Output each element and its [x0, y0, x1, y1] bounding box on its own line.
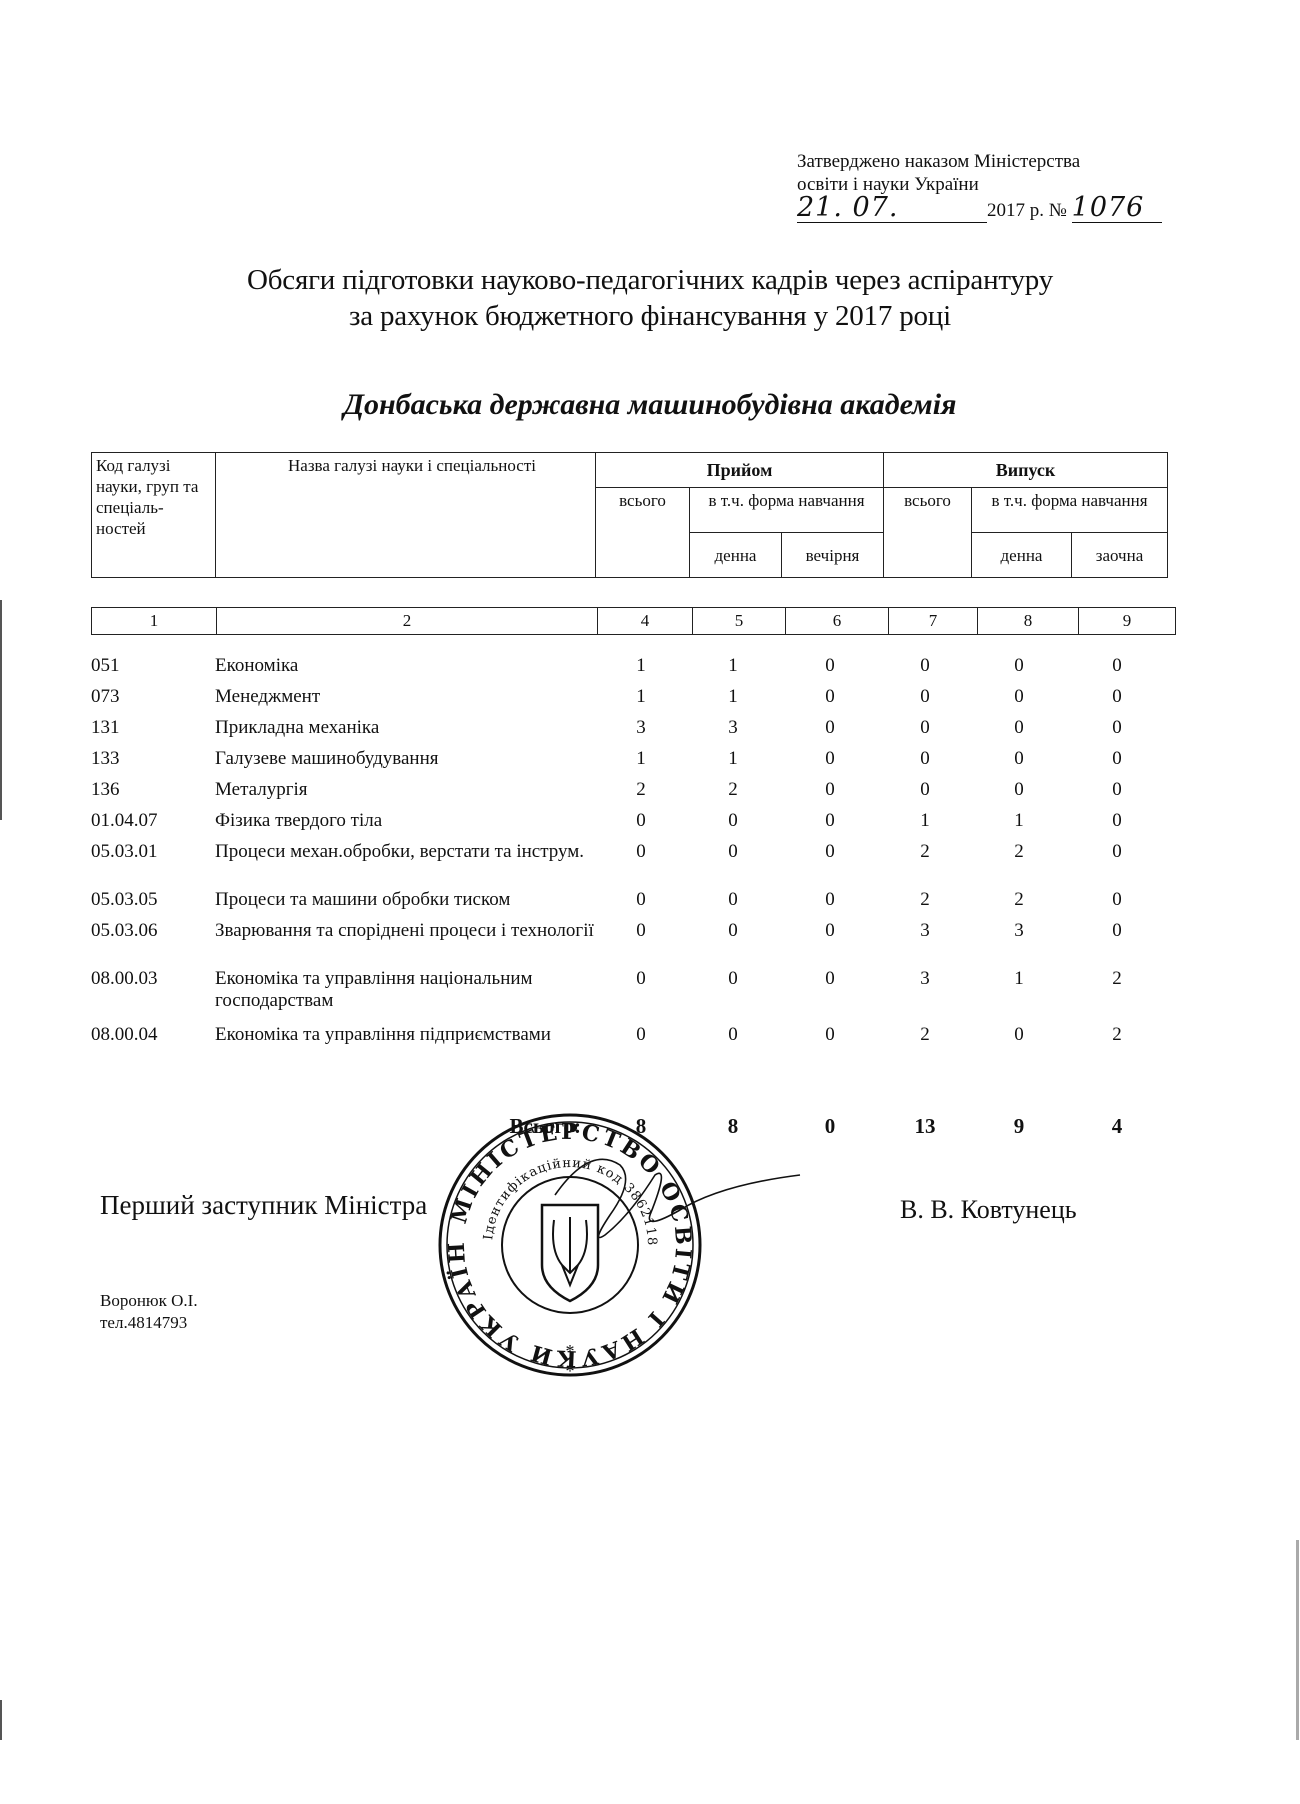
stamp-star-icon: * [566, 1361, 575, 1381]
row-value: 3 [595, 717, 687, 748]
row-value: 1 [687, 686, 779, 717]
row-value: 0 [1069, 920, 1165, 968]
row-value: 0 [969, 717, 1069, 748]
table-row: 08.00.03Економіка та управління націонал… [91, 968, 1191, 1024]
table-row: 08.00.04Економіка та управління підприєм… [91, 1024, 1191, 1080]
header-graduation-form: в т.ч. форма навчання [972, 488, 1168, 533]
row-value: 2 [881, 1024, 969, 1080]
row-value: 0 [881, 655, 969, 686]
row-value: 0 [881, 748, 969, 779]
row-value: 0 [687, 889, 779, 920]
row-name: Економіка [215, 655, 595, 686]
approval-date-field: 21. 07. [797, 196, 987, 223]
row-value: 0 [779, 655, 881, 686]
row-value: 0 [595, 1024, 687, 1080]
row-name: Металургія [215, 779, 595, 810]
row-value: 0 [1069, 748, 1165, 779]
row-value: 0 [687, 968, 779, 1024]
row-value: 0 [779, 1024, 881, 1080]
column-number: 8 [978, 608, 1079, 635]
row-value: 3 [969, 920, 1069, 968]
row-name: Менеджмент [215, 686, 595, 717]
row-value: 0 [969, 748, 1069, 779]
row-value: 0 [779, 968, 881, 1024]
row-value: 0 [1069, 779, 1165, 810]
row-value: 0 [687, 1024, 779, 1080]
row-code: 051 [91, 655, 215, 686]
row-name: Прикладна механіка [215, 717, 595, 748]
row-code: 08.00.03 [91, 968, 215, 1024]
table-header: Код галузі науки, груп та спеціаль-носте… [91, 452, 1168, 578]
document-title: Обсяги підготовки науково-педагогічних к… [160, 262, 1140, 334]
approval-number-field: 1076 [1072, 196, 1162, 223]
row-value: 0 [1069, 655, 1165, 686]
row-value: 0 [969, 655, 1069, 686]
approval-block: Затверджено наказом Міністерства освіти … [797, 150, 1197, 226]
approval-number: 1076 [1072, 192, 1145, 223]
row-value: 2 [969, 841, 1069, 889]
row-value: 0 [969, 779, 1069, 810]
row-code: 05.03.06 [91, 920, 215, 968]
table-row: 073Менеджмент110000 [91, 686, 1191, 717]
header-admission-total: всього [596, 488, 690, 578]
row-code: 08.00.04 [91, 1024, 215, 1080]
scan-edge-mark [1296, 1540, 1299, 1740]
stamp-star-icon: * [566, 1341, 575, 1361]
row-value: 3 [881, 920, 969, 968]
row-value: 0 [1069, 810, 1165, 841]
header-name: Назва галузі науки і спеціальності [216, 453, 596, 578]
row-value: 0 [881, 779, 969, 810]
table-row: 05.03.05Процеси та машини обробки тиском… [91, 889, 1191, 920]
row-value: 1 [881, 810, 969, 841]
row-name: Процеси та машини обробки тиском [215, 889, 595, 920]
executor-block: Воронюк О.І. тел.4814793 [100, 1290, 198, 1334]
column-number: 1 [92, 608, 217, 635]
approval-year: 2017 р. № [987, 200, 1067, 221]
row-value: 2 [881, 841, 969, 889]
row-value: 0 [779, 920, 881, 968]
table-row: 05.03.01Процеси механ.обробки, верстати … [91, 841, 1191, 889]
row-name: Процеси механ.обробки, верстати та інстр… [215, 841, 595, 889]
column-number: 7 [889, 608, 978, 635]
title-line-1: Обсяги підготовки науково-педагогічних к… [160, 262, 1140, 298]
row-name: Економіка та управління підприємствами [215, 1024, 595, 1080]
row-value: 0 [1069, 717, 1165, 748]
row-value: 0 [779, 779, 881, 810]
total-graduation-daytime: 9 [969, 1114, 1069, 1139]
row-value: 0 [687, 810, 779, 841]
row-code: 073 [91, 686, 215, 717]
row-value: 0 [687, 841, 779, 889]
row-value: 0 [881, 686, 969, 717]
header-graduation-daytime: денна [972, 533, 1072, 578]
row-value: 0 [595, 920, 687, 968]
row-value: 0 [969, 1024, 1069, 1080]
header-graduation-correspondence: заочна [1072, 533, 1168, 578]
row-value: 1 [969, 810, 1069, 841]
row-value: 0 [595, 841, 687, 889]
row-value: 1 [595, 748, 687, 779]
row-name: Зварювання та споріднені процеси і техно… [215, 920, 595, 968]
table-row: 136Металургія220000 [91, 779, 1191, 810]
row-code: 05.03.05 [91, 889, 215, 920]
row-code: 05.03.01 [91, 841, 215, 889]
row-value: 0 [969, 686, 1069, 717]
row-code: 133 [91, 748, 215, 779]
title-line-2: за рахунок бюджетного фінансування у 201… [160, 298, 1140, 334]
row-value: 2 [969, 889, 1069, 920]
table-row: 131Прикладна механіка330000 [91, 717, 1191, 748]
row-value: 0 [779, 889, 881, 920]
row-value: 1 [687, 748, 779, 779]
header-admission: Прийом [596, 453, 884, 488]
row-value: 0 [1069, 889, 1165, 920]
column-number: 5 [693, 608, 786, 635]
header-admission-form: в т.ч. форма навчання [690, 488, 884, 533]
header-admission-daytime: денна [690, 533, 782, 578]
trident-coat-of-arms-icon [542, 1205, 598, 1301]
header-code: Код галузі науки, груп та спеціаль-носте… [92, 453, 216, 578]
official-stamp: МІНІСТЕРСТВО ОСВІТИ І НАУКИ УКРАЇНИ Іден… [430, 1105, 810, 1410]
row-code: 136 [91, 779, 215, 810]
row-value: 0 [595, 968, 687, 1024]
approval-line-1: Затверджено наказом Міністерства [797, 150, 1197, 173]
approval-date: 21. 07. [797, 192, 898, 223]
table-row: 133Галузеве машинобудування110000 [91, 748, 1191, 779]
row-value: 0 [779, 841, 881, 889]
row-value: 2 [1069, 968, 1165, 1024]
row-value: 3 [881, 968, 969, 1024]
column-number: 2 [217, 608, 598, 635]
column-number: 4 [598, 608, 693, 635]
row-value: 1 [595, 686, 687, 717]
row-value: 0 [779, 717, 881, 748]
row-value: 0 [779, 686, 881, 717]
header-graduation-total: всього [884, 488, 972, 578]
row-value: 3 [687, 717, 779, 748]
row-value: 1 [969, 968, 1069, 1024]
table-row: 05.03.06Зварювання та споріднені процеси… [91, 920, 1191, 968]
column-number: 6 [786, 608, 889, 635]
scan-edge-mark [0, 1700, 2, 1740]
header-graduation: Випуск [884, 453, 1168, 488]
row-value: 0 [687, 920, 779, 968]
signer-name: В. В. Ковтунець [900, 1195, 1077, 1225]
executor-name: Воронюк О.І. [100, 1290, 198, 1312]
row-value: 2 [687, 779, 779, 810]
row-value: 2 [1069, 1024, 1165, 1080]
row-value: 0 [595, 889, 687, 920]
scan-edge-mark [0, 600, 2, 820]
row-value: 2 [881, 889, 969, 920]
table-row: 051Економіка110000 [91, 655, 1191, 686]
row-value: 0 [881, 717, 969, 748]
total-graduation: 13 [881, 1114, 969, 1139]
row-value: 0 [779, 748, 881, 779]
row-value: 0 [1069, 841, 1165, 889]
row-value: 0 [779, 810, 881, 841]
row-value: 0 [595, 810, 687, 841]
column-number: 9 [1079, 608, 1176, 635]
row-value: 1 [595, 655, 687, 686]
row-code: 01.04.07 [91, 810, 215, 841]
row-value: 1 [687, 655, 779, 686]
row-name: Економіка та управління національним гос… [215, 968, 595, 1024]
institution-name: Донбаська державна машинобудівна академі… [160, 388, 1140, 422]
row-value: 0 [1069, 686, 1165, 717]
row-value: 2 [595, 779, 687, 810]
row-name: Галузеве машинобудування [215, 748, 595, 779]
column-numbers: 1 2 4 5 6 7 8 9 [91, 607, 1176, 635]
data-rows: 051Економіка110000073Менеджмент110000131… [91, 655, 1191, 1080]
approval-order-line: 21. 07. 2017 р. № 1076 [797, 196, 1197, 226]
header-admission-evening: вечірня [782, 533, 884, 578]
executor-phone: тел.4814793 [100, 1312, 198, 1334]
table-row: 01.04.07Фізика твердого тіла000110 [91, 810, 1191, 841]
total-graduation-correspondence: 4 [1069, 1114, 1165, 1139]
signer-position: Перший заступник Міністра [100, 1190, 427, 1221]
row-code: 131 [91, 717, 215, 748]
row-name: Фізика твердого тіла [215, 810, 595, 841]
